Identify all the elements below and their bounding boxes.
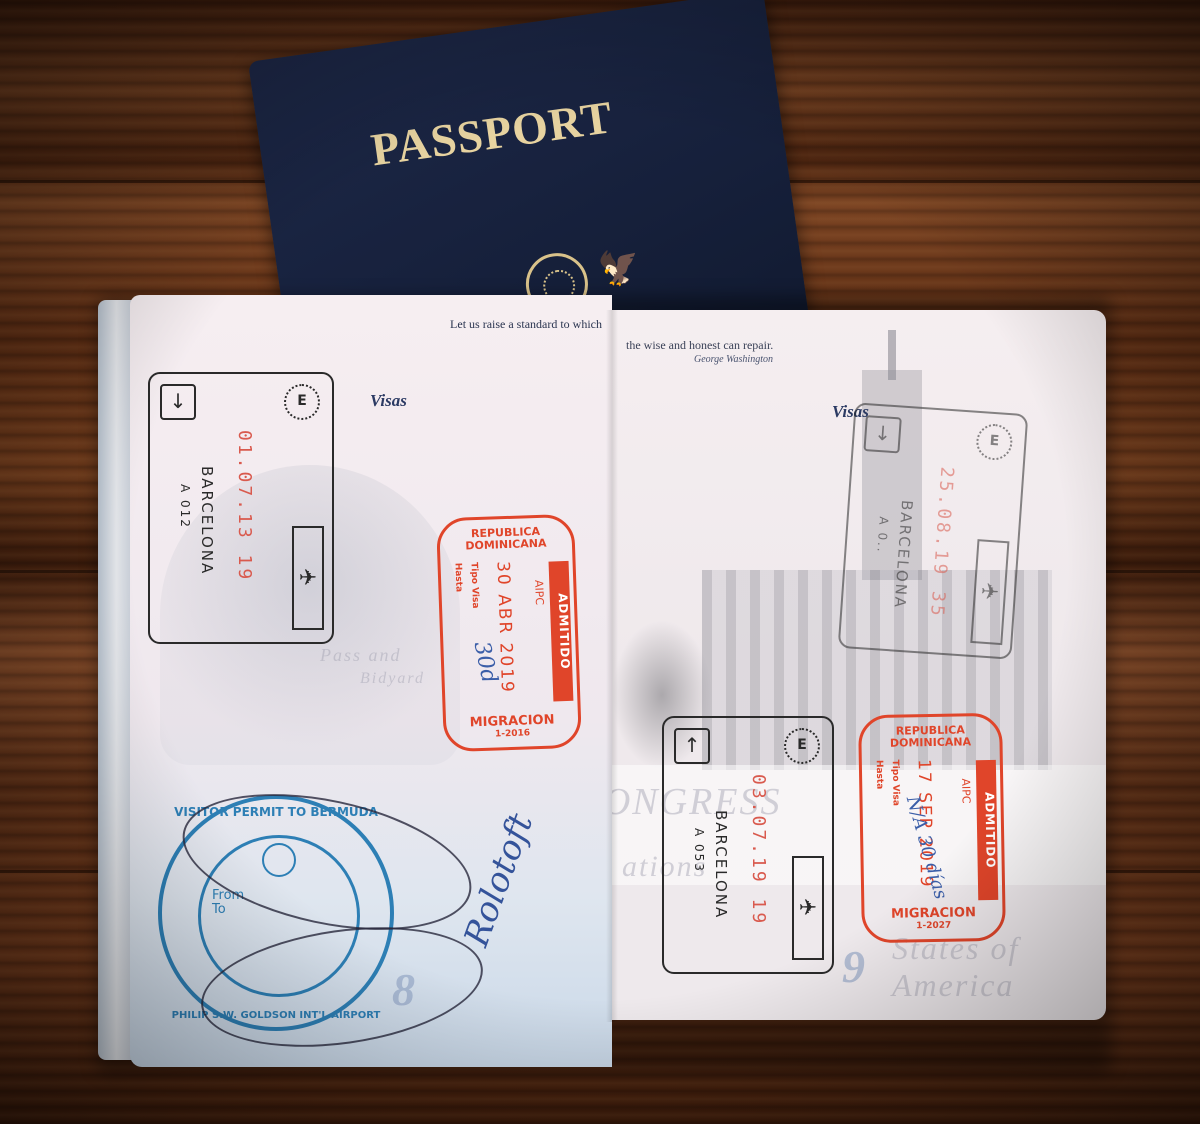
- stamp-city: BARCELONA: [198, 466, 216, 575]
- visas-heading: Visas: [370, 391, 407, 411]
- engraving-text: Pass and: [320, 645, 402, 666]
- stamp-code: A 053: [692, 828, 706, 873]
- entry-arrow-icon: ↓: [863, 415, 901, 453]
- stamp-city: BARCELONA: [890, 499, 916, 609]
- stamp-port: AIPC: [532, 580, 546, 606]
- stamp-hasta-label: Hasta: [453, 563, 464, 593]
- stamp-migracion: MIGRACION1-2016: [446, 713, 579, 744]
- airplane-icon: ✈: [292, 526, 324, 630]
- to-label: To: [212, 902, 226, 917]
- airplane-icon: ✈: [970, 539, 1009, 645]
- entry-arrow-icon: ↓: [160, 384, 196, 420]
- stamp-hasta-label: Hasta: [874, 760, 885, 790]
- quote-left: Let us raise a standard to which: [450, 317, 602, 332]
- exit-arrow-icon: ↑: [674, 728, 710, 764]
- page-number: 9: [842, 940, 865, 993]
- schengen-entry-stamp-faded: ↓ E BARCELONA A 0.. 25.08.19 35 ✈: [838, 402, 1029, 660]
- stamp-tipo-label: Tipo Visa: [890, 760, 901, 806]
- stamp-status: ADMITIDO: [976, 760, 998, 900]
- dominican-entry-stamp: REPUBLICA DOMINICANA Hasta Tipo Visa 17 …: [858, 713, 1006, 943]
- airplane-icon: ✈: [792, 856, 824, 960]
- stamp-migracion: MIGRACION1-2027: [864, 906, 1002, 934]
- passport-title: PASSPORT: [368, 90, 616, 176]
- stamp-series: 1-2027: [865, 919, 1003, 934]
- schengen-entry-stamp: ↓ E BARCELONA A 012 01.07.13 19 ✈: [148, 372, 334, 644]
- stamp-date: 01.07.13 19: [234, 430, 255, 582]
- stamp-port: AIPC: [959, 778, 972, 803]
- quote-author: George Washington: [694, 354, 773, 365]
- stamp-status: ADMITIDO: [549, 561, 574, 702]
- eagle-icon: 🦅: [596, 246, 643, 292]
- stamp-country: REPUBLICA DOMINICANA: [861, 724, 999, 750]
- handwritten-note: N/A 30 días: [902, 794, 952, 902]
- stamp-series: 1-2016: [446, 726, 578, 744]
- stamp-country: REPUBLICA DOMINICANA: [439, 525, 572, 554]
- eu-stars-icon: E: [975, 423, 1013, 461]
- eu-stars-icon: E: [284, 384, 320, 420]
- stamp-city: BARCELONA: [712, 810, 730, 919]
- stamp-date: 25.08.19 35: [926, 466, 958, 619]
- eu-stars-icon: E: [784, 728, 820, 764]
- engraving-text: Bidyard: [360, 670, 425, 688]
- schengen-exit-stamp: ↑ E BARCELONA A 053 03.07.19 19 ✈: [662, 716, 834, 974]
- stamp-code: A 0..: [874, 516, 891, 554]
- stamp-code: A 012: [178, 484, 192, 529]
- stamp-date: 03.07.19 19: [748, 774, 769, 926]
- dominican-entry-stamp: REPUBLICA DOMINICANA Hasta Tipo Visa 30 …: [436, 514, 582, 753]
- stamp-tipo-label: Tipo Visa: [469, 562, 481, 609]
- quote-right: the wise and honest can repair.: [626, 338, 773, 353]
- book-gutter: [606, 310, 618, 1022]
